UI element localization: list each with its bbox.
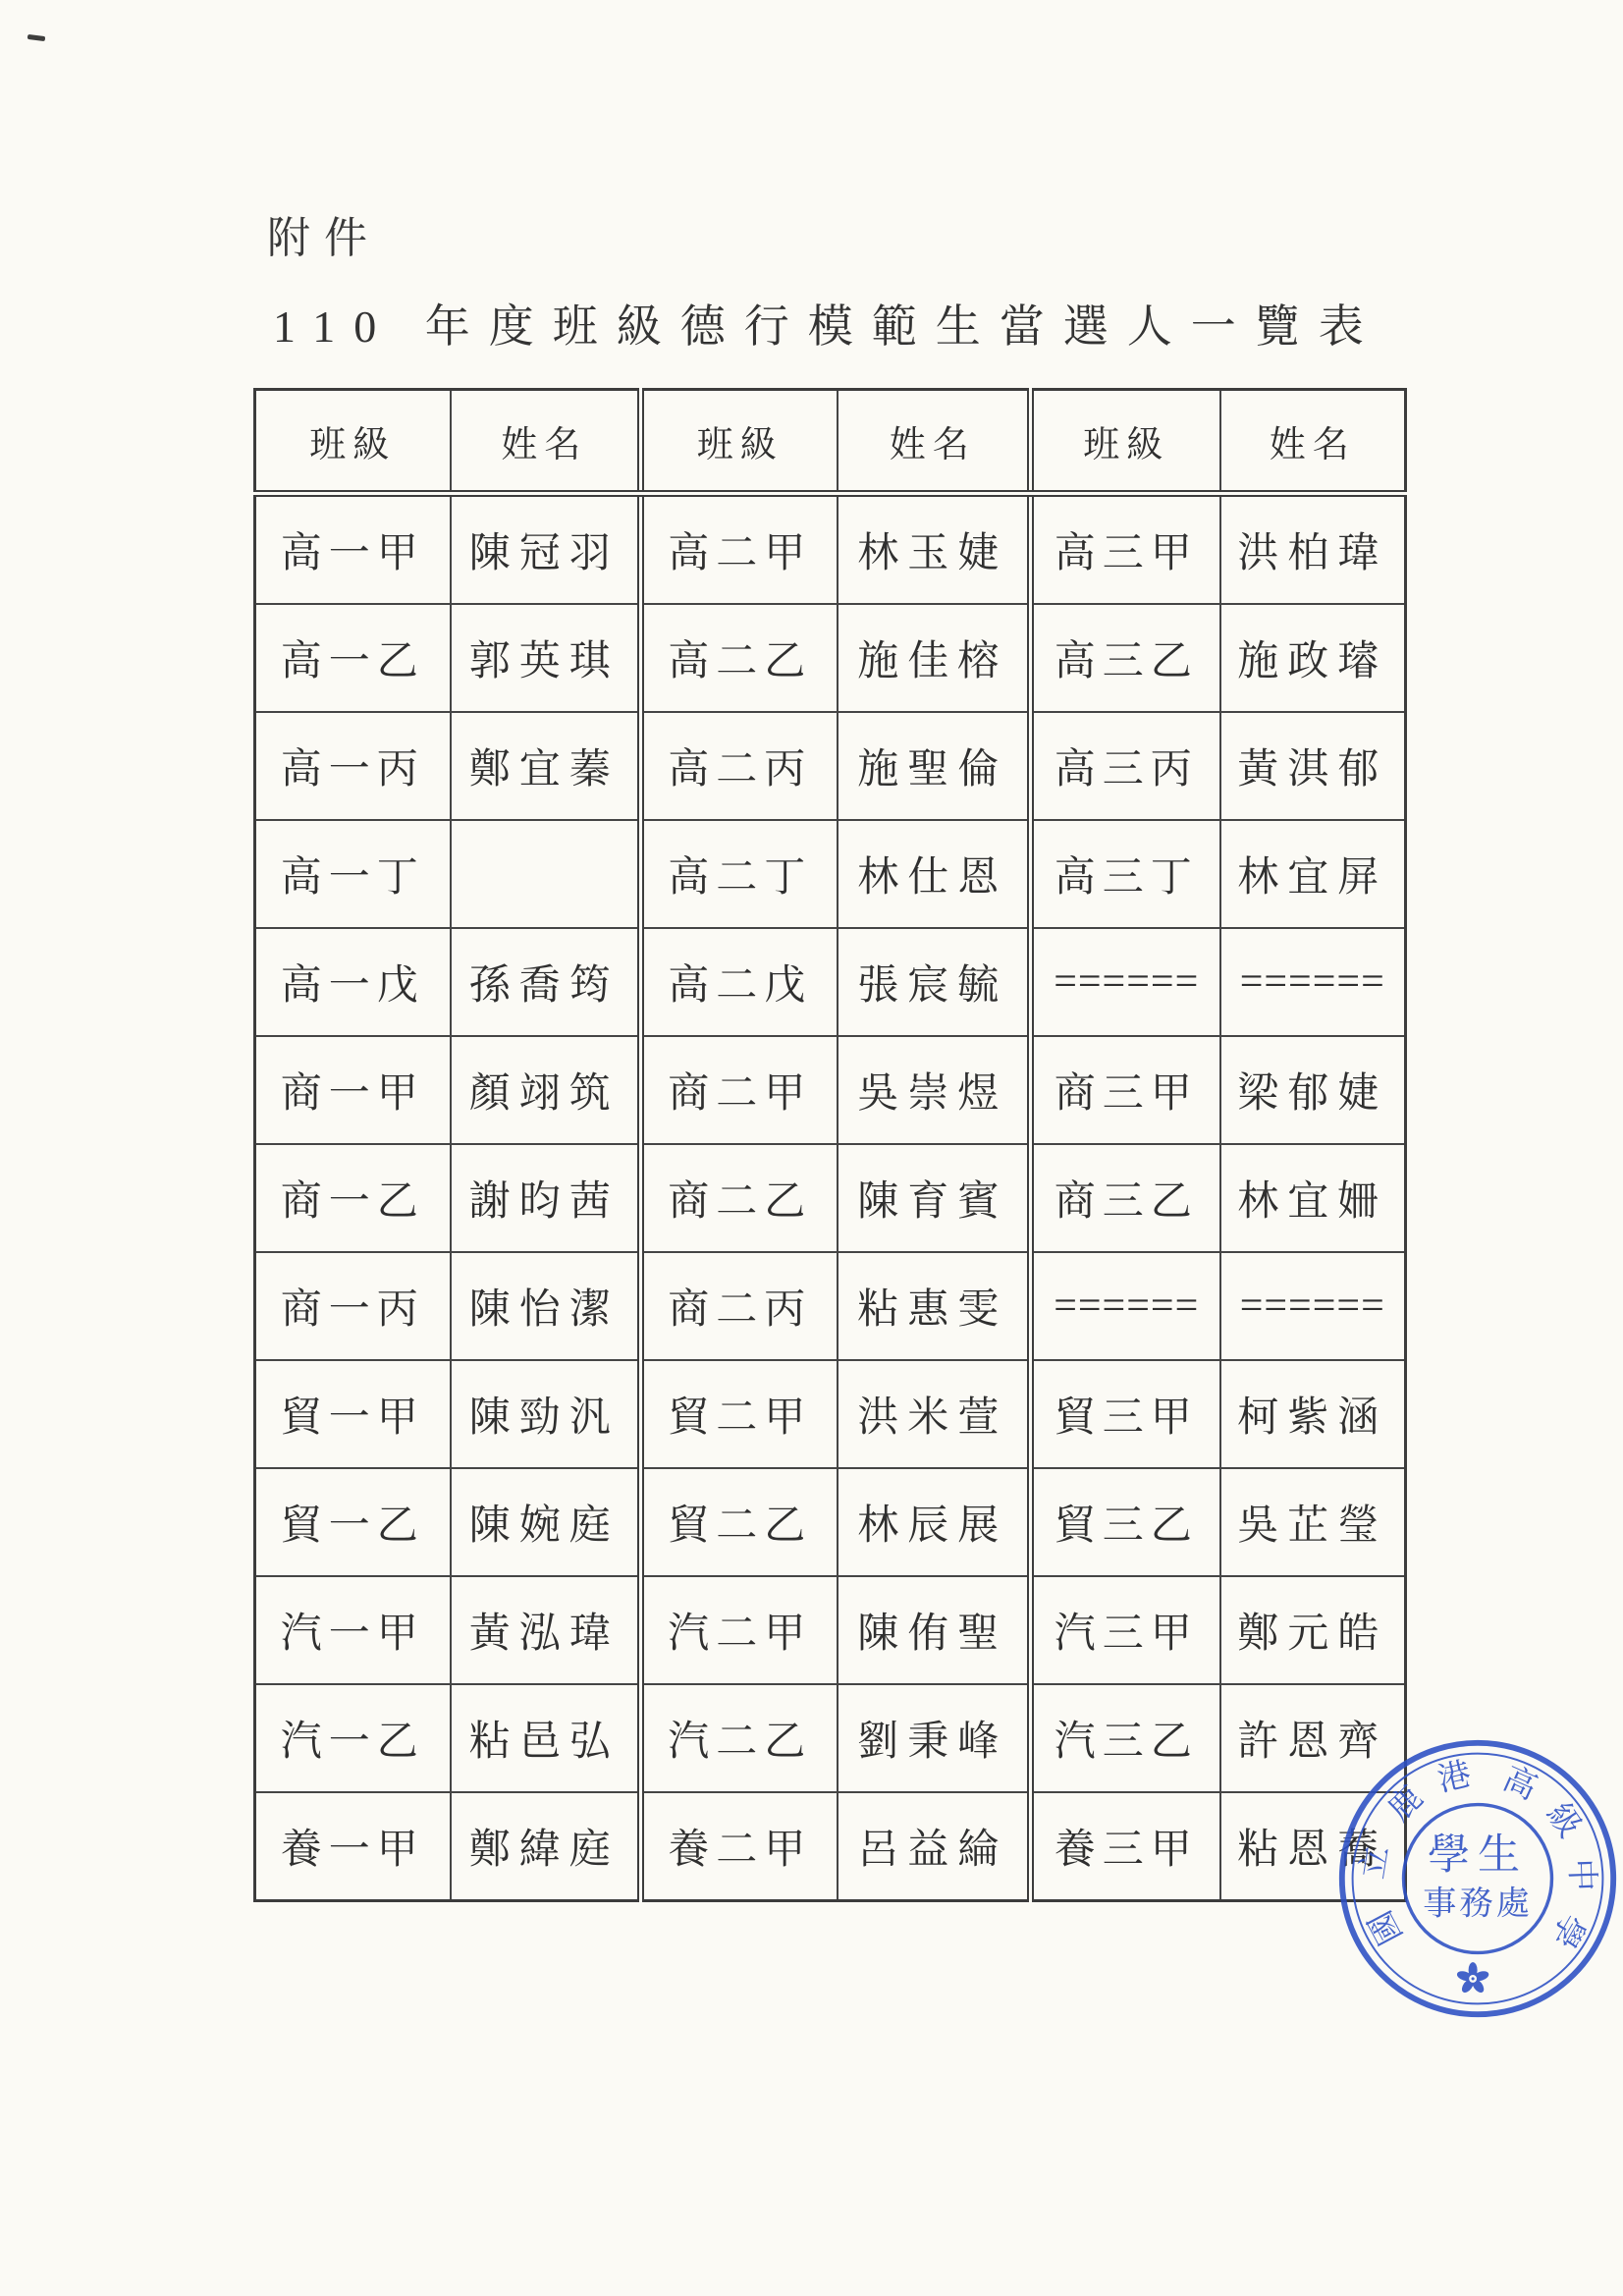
winners-table: 班級姓名班級姓名班級姓名 高一甲陳冠羽高二甲林玉婕高三甲洪柏瑋高一乙郭英琪高二乙… (253, 388, 1407, 1902)
name-cell: 洪柏瑋 (1220, 494, 1406, 605)
name-cell: 陳育賓 (838, 1144, 1031, 1252)
name-cell: 劉秉峰 (838, 1684, 1031, 1792)
seal-ring-char: 中 (1563, 1858, 1600, 1892)
class-cell: 貿二甲 (641, 1360, 838, 1468)
class-cell: 高一丁 (255, 820, 451, 928)
header-cell: 班級 (1031, 390, 1220, 494)
class-cell: 商二甲 (641, 1036, 838, 1144)
attachment-label: 附件 (267, 202, 381, 265)
class-cell: 高二丙 (641, 712, 838, 820)
name-cell: 粘邑弘 (451, 1684, 641, 1792)
class-cell: 商三甲 (1031, 1036, 1220, 1144)
table-row: 養一甲鄭緯庭養二甲呂益綸養三甲粘恩蕎 (255, 1792, 1406, 1901)
name-cell: 陳婉庭 (451, 1468, 641, 1576)
class-cell: 汽二甲 (641, 1576, 838, 1684)
header-cell: 班級 (641, 390, 838, 494)
school-seal-stamp: 國立鹿港高級中學 學生 事務處 (1333, 1734, 1622, 2023)
header-cell: 姓名 (451, 390, 641, 494)
name-cell: 林辰展 (838, 1468, 1031, 1576)
class-cell: 高三丙 (1031, 712, 1220, 820)
name-cell: 陳怡潔 (451, 1252, 641, 1360)
header-cell: 姓名 (1220, 390, 1406, 494)
table-row: 高一乙郭英琪高二乙施佳榕高三乙施政璿 (255, 604, 1406, 712)
seal-ring-char: 鹿 (1381, 1779, 1431, 1829)
class-cell: 貿一乙 (255, 1468, 451, 1576)
name-cell: 柯紫涵 (1220, 1360, 1406, 1468)
header-row: 班級姓名班級姓名班級姓名 (255, 390, 1406, 494)
name-cell: 孫喬筠 (451, 928, 641, 1036)
name-cell: 鄭緯庭 (451, 1792, 641, 1901)
class-cell: 高三甲 (1031, 494, 1220, 605)
seal-inner-text-line1: 學生 (1428, 1832, 1528, 1879)
class-cell: 養一甲 (255, 1792, 451, 1901)
class-cell: 商一乙 (255, 1144, 451, 1252)
name-cell: 張宸毓 (838, 928, 1031, 1036)
class-cell: 高一乙 (255, 604, 451, 712)
class-cell: 商二丙 (641, 1252, 838, 1360)
placeholder-cell: ====== (1220, 928, 1406, 1036)
name-cell: 陳冠羽 (451, 494, 641, 605)
table-row: 高一丙鄭宜蓁高二丙施聖倫高三丙黃淇郁 (255, 712, 1406, 820)
header-cell: 班級 (255, 390, 451, 494)
class-cell: 商一丙 (255, 1252, 451, 1360)
class-cell: 高三丁 (1031, 820, 1220, 928)
class-cell: 養二甲 (641, 1792, 838, 1901)
class-cell: 汽三甲 (1031, 1576, 1220, 1684)
winners-table-header: 班級姓名班級姓名班級姓名 (255, 390, 1406, 494)
table-row: 貿一乙陳婉庭貿二乙林辰展貿三乙吳芷瑩 (255, 1468, 1406, 1576)
name-cell: 林玉婕 (838, 494, 1031, 605)
seal-inner-text-line2: 事務處 (1423, 1885, 1533, 1922)
name-cell: 洪米萱 (838, 1360, 1031, 1468)
name-cell: 粘惠雯 (838, 1252, 1031, 1360)
seal-ring-char: 立 (1355, 1843, 1396, 1882)
page-title: 110 年度班級德行模範生當選人一覽表 (273, 291, 1382, 355)
name-cell: 顏翊筑 (451, 1036, 641, 1144)
class-cell: 高一戊 (255, 928, 451, 1036)
seal-ring-char: 學 (1543, 1907, 1592, 1953)
name-cell: 吳崇煜 (838, 1036, 1031, 1144)
name-cell: 鄭元皓 (1220, 1576, 1406, 1684)
table-row: 高一戊孫喬筠高二戊張宸毓============ (255, 928, 1406, 1036)
class-cell: 汽三乙 (1031, 1684, 1220, 1792)
name-cell: 施政璿 (1220, 604, 1406, 712)
table-row: 高一丁高二丁林仕恩高三丁林宜屏 (255, 820, 1406, 928)
name-cell: 呂益綸 (838, 1792, 1031, 1901)
class-cell: 貿二乙 (641, 1468, 838, 1576)
plum-blossom-icon (1456, 1962, 1490, 1995)
class-cell: 高二甲 (641, 494, 838, 605)
class-cell: 商三乙 (1031, 1144, 1220, 1252)
table-row: 汽一甲黃泓瑋汽二甲陳侑聖汽三甲鄭元皓 (255, 1576, 1406, 1684)
class-cell: 養三甲 (1031, 1792, 1220, 1901)
class-cell: 汽二乙 (641, 1684, 838, 1792)
name-cell: 陳侑聖 (838, 1576, 1031, 1684)
name-cell: 林仕恩 (838, 820, 1031, 928)
name-cell: 施佳榕 (838, 604, 1031, 712)
name-cell: 謝昀茜 (451, 1144, 641, 1252)
name-cell: 黃泓瑋 (451, 1576, 641, 1684)
name-cell: 梁郁婕 (1220, 1036, 1406, 1144)
class-cell: 高二丁 (641, 820, 838, 928)
class-cell: 高二乙 (641, 604, 838, 712)
class-cell: 高三乙 (1031, 604, 1220, 712)
name-cell: 黃淇郁 (1220, 712, 1406, 820)
table-row: 汽一乙粘邑弘汽二乙劉秉峰汽三乙許恩齊 (255, 1684, 1406, 1792)
table-row: 商一丙陳怡潔商二丙粘惠雯============ (255, 1252, 1406, 1360)
class-cell: 貿三甲 (1031, 1360, 1220, 1468)
placeholder-cell: ====== (1220, 1252, 1406, 1360)
table-row: 商一乙謝昀茜商二乙陳育賓商三乙林宜姍 (255, 1144, 1406, 1252)
table-row: 貿一甲陳勁汎貿二甲洪米萱貿三甲柯紫涵 (255, 1360, 1406, 1468)
name-cell (451, 820, 641, 928)
seal-ring-char: 港 (1434, 1756, 1475, 1799)
seal-ring-char: 級 (1540, 1797, 1588, 1844)
name-cell: 施聖倫 (838, 712, 1031, 820)
class-cell: 高一甲 (255, 494, 451, 605)
class-cell: 汽一甲 (255, 1576, 451, 1684)
scan-artifact (27, 34, 45, 41)
table-row: 高一甲陳冠羽高二甲林玉婕高三甲洪柏瑋 (255, 494, 1406, 605)
name-cell: 吳芷瑩 (1220, 1468, 1406, 1576)
name-cell: 鄭宜蓁 (451, 712, 641, 820)
winners-table-body: 高一甲陳冠羽高二甲林玉婕高三甲洪柏瑋高一乙郭英琪高二乙施佳榕高三乙施政璿高一丙鄭… (255, 494, 1406, 1901)
name-cell: 林宜屏 (1220, 820, 1406, 928)
class-cell: 高一丙 (255, 712, 451, 820)
placeholder-cell: ====== (1031, 928, 1220, 1036)
table-row: 商一甲顏翊筑商二甲吳崇煜商三甲梁郁婕 (255, 1036, 1406, 1144)
class-cell: 高二戊 (641, 928, 838, 1036)
header-cell: 姓名 (838, 390, 1031, 494)
class-cell: 貿三乙 (1031, 1468, 1220, 1576)
seal-ring-char: 國 (1362, 1904, 1409, 1950)
placeholder-cell: ====== (1031, 1252, 1220, 1360)
class-cell: 商一甲 (255, 1036, 451, 1144)
name-cell: 郭英琪 (451, 604, 641, 712)
class-cell: 汽一乙 (255, 1684, 451, 1792)
scanned-document-page: 附件 110 年度班級德行模範生當選人一覽表 班級姓名班級姓名班級姓名 高一甲陳… (0, 0, 1623, 2296)
name-cell: 陳勁汎 (451, 1360, 641, 1468)
name-cell: 林宜姍 (1220, 1144, 1406, 1252)
class-cell: 貿一甲 (255, 1360, 451, 1468)
class-cell: 商二乙 (641, 1144, 838, 1252)
